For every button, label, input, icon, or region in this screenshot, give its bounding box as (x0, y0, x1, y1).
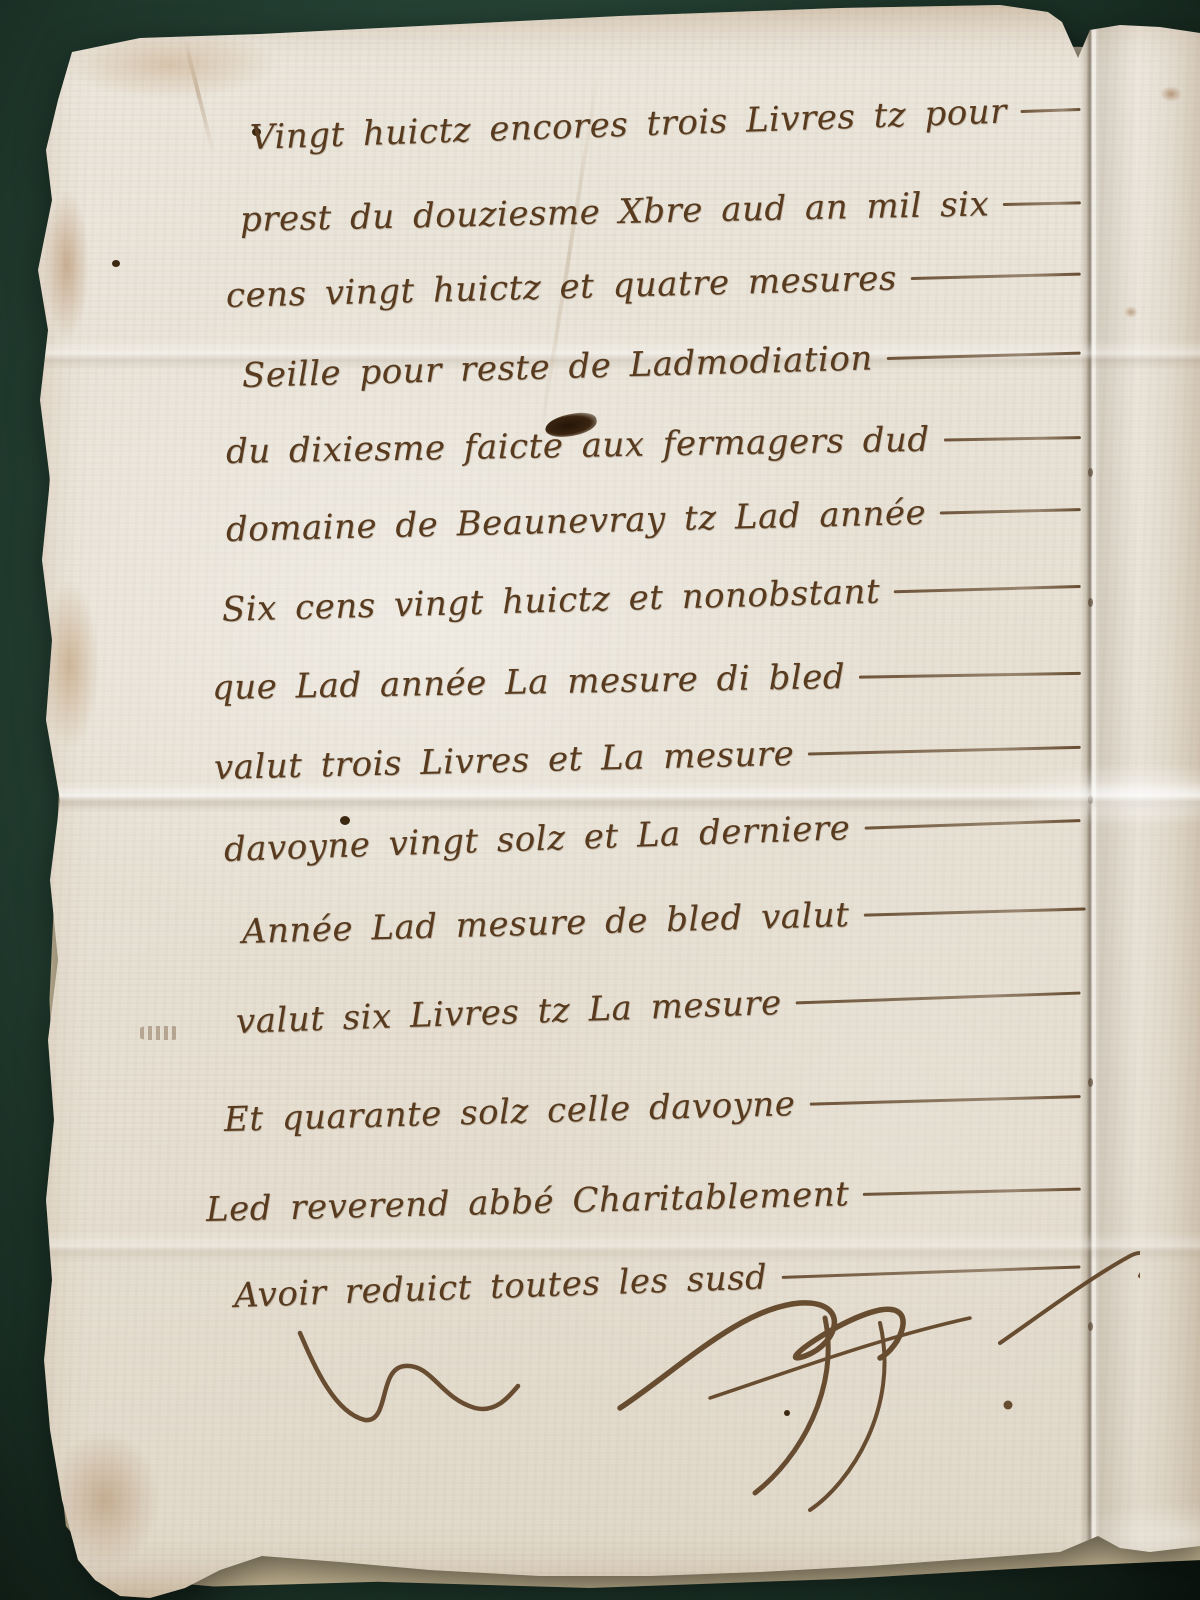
line-filler-dash (859, 671, 1081, 678)
line-filler-dash (1021, 107, 1081, 112)
line-text: Vingt huictz encores trois Livres tz pou… (249, 92, 1007, 158)
line-text: prest du douziesme Xbre aud an mil six (240, 184, 990, 240)
line-filler-dash (887, 351, 1081, 359)
manuscript-line-1: Vingt huictz encores trois Livres tz pou… (249, 89, 1085, 158)
line-text: valut six Livres tz La mesure (235, 983, 782, 1042)
line-filler-dash (944, 436, 1081, 441)
manuscript-line-14: Led reverend abbé Charitablement (206, 1169, 1086, 1230)
manuscript-line-7: Six cens vingt huictz et nonobstant (221, 566, 1085, 630)
line-text: du dixiesme faicte aux fermagers dud (226, 420, 930, 472)
line-text: Année Lad mesure de bled valut (241, 895, 850, 952)
photo-background: Vingt huictz encores trois Livres tz pou… (0, 0, 1200, 1600)
ink-speck (112, 260, 120, 267)
manuscript-line-9: valut trois Livres et La mesure (214, 727, 1086, 788)
line-filler-dash (864, 819, 1080, 830)
line-text: domaine de Beaunevray tz Lad année (226, 493, 927, 550)
foxing-spot (1160, 86, 1182, 102)
manuscript-line-3: cens vingt huictz et quatre mesures (225, 254, 1085, 316)
edge-stain (40, 580, 100, 750)
ink-speck (340, 816, 350, 825)
line-filler-dash (863, 1187, 1081, 1195)
line-text: Et quarante solz celle davoyne (223, 1084, 795, 1140)
manuscript-line-13: Et quarante solz celle davoyne (223, 1076, 1085, 1140)
line-text: Led reverend abbé Charitablement (206, 1174, 850, 1230)
signature-paraph (240, 1248, 1140, 1548)
manuscript-page: Vingt huictz encores trois Livres tz pou… (0, 0, 1200, 1600)
foxing-spot (1124, 306, 1138, 318)
manuscript-line-11: Année Lad mesure de bled valut (241, 888, 1090, 952)
line-filler-dash (863, 907, 1085, 916)
edge-stain (44, 190, 90, 340)
manuscript-line-2: prest du douziesme Xbre aud an mil six (240, 182, 1086, 240)
manuscript-line-6: domaine de Beaunevray tz Lad année (226, 489, 1086, 550)
line-text: Six cens vingt huictz et nonobstant (221, 572, 880, 630)
stitch-hole (1088, 468, 1093, 477)
line-filler-dash (894, 585, 1081, 593)
line-text: que Lad année La mesure di bled (212, 657, 846, 708)
manuscript-line-12: valut six Livres tz La mesure (235, 972, 1085, 1042)
line-text: davoyne vingt solz et La derniere (223, 808, 851, 870)
line-filler-dash (940, 508, 1081, 514)
stitch-hole (1088, 1078, 1093, 1087)
line-filler-dash (808, 745, 1081, 755)
edge-stain (50, 1430, 160, 1570)
manuscript-line-8: que Lad année La mesure di bled (212, 653, 1086, 708)
line-filler-dash (796, 991, 1081, 1004)
line-filler-dash (1003, 201, 1081, 206)
paper-shadow: Vingt huictz encores trois Livres tz pou… (0, 0, 1200, 1600)
stitch-hole (1088, 598, 1093, 607)
margin-mark (140, 1026, 180, 1040)
line-text: valut trois Livres et La mesure (214, 734, 795, 788)
manuscript-line-5: du dixiesme faicte aux fermagers dud (226, 417, 1086, 472)
line-filler-dash (911, 272, 1081, 279)
edge-stain (60, 30, 280, 100)
line-filler-dash (809, 1095, 1080, 1106)
